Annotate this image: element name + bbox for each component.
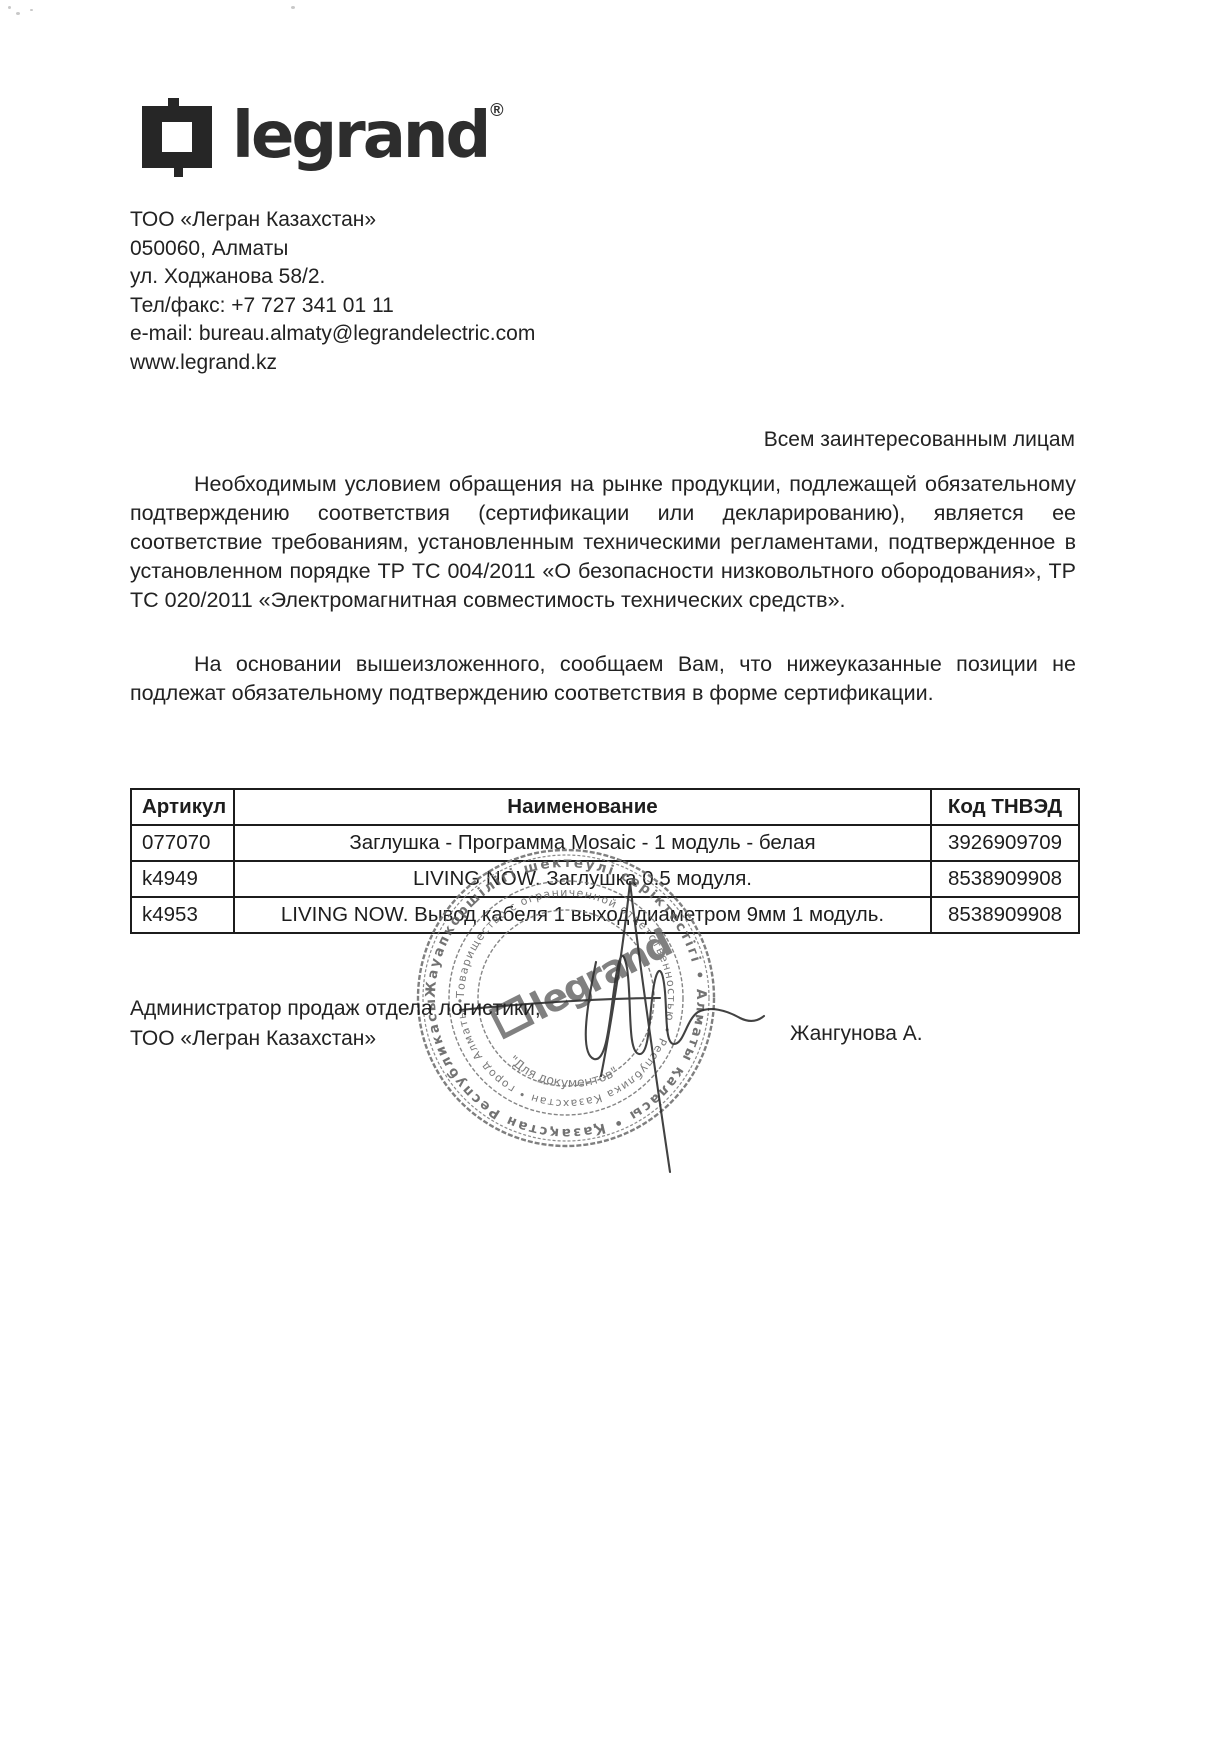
table-header-row: Артикул Наименование Код ТНВЭД [131, 789, 1079, 825]
signatory-title: Администратор продаж отдела логистики, Т… [130, 994, 541, 1054]
scan-artifact [16, 12, 20, 15]
letter-page: legrand ® ТОО «Легран Казахстан» 050060,… [0, 0, 1224, 1752]
postal-line: 050060, Алматы [130, 235, 535, 264]
body-paragraph-2: На основании вышеизложенного, сообщаем В… [130, 650, 1076, 708]
company-name: ТОО «Легран Казахстан» [130, 206, 535, 235]
logo-wordmark: legrand [232, 104, 488, 168]
website-line: www.legrand.kz [130, 349, 535, 378]
body-paragraph-1: Необходимым условием обращения на рынке … [130, 470, 1076, 615]
cell-article: k4949 [131, 861, 234, 897]
sender-address-block: ТОО «Легран Казахстан» 050060, Алматы ул… [130, 206, 535, 377]
cell-article: k4953 [131, 897, 234, 933]
legrand-logo: legrand ® [138, 96, 504, 180]
cell-code: 8538909908 [931, 897, 1079, 933]
cell-code: 8538909908 [931, 861, 1079, 897]
street-line: ул. Ходжанова 58/2. [130, 263, 535, 292]
scan-artifact [8, 6, 11, 9]
signatory-title-line2: ТОО «Легран Казахстан» [130, 1024, 541, 1054]
signatory-name: Жангунова А. [790, 1022, 923, 1046]
stamp-center-note: "Для документов" [506, 1052, 620, 1090]
registered-mark: ® [490, 100, 503, 121]
header-name: Наименование [234, 789, 931, 825]
cell-code: 3926909709 [931, 825, 1079, 861]
email-line: e-mail: bureau.almaty@legrandelectric.co… [130, 320, 535, 349]
scan-artifact [30, 9, 33, 11]
cell-article: 077070 [131, 825, 234, 861]
svg-text:"Для документов": "Для документов" [506, 1052, 620, 1090]
header-article: Артикул [131, 789, 234, 825]
header-code: Код ТНВЭД [931, 789, 1079, 825]
legrand-square-icon [138, 96, 220, 180]
recipient-line: Всем заинтересованным лицам [130, 428, 1075, 452]
phone-line: Тел/факс: +7 727 341 01 11 [130, 292, 535, 321]
scan-artifact [291, 6, 295, 9]
svg-text:legrand: legrand [523, 921, 677, 1029]
signatory-title-line1: Администратор продаж отдела логистики, [130, 994, 541, 1024]
